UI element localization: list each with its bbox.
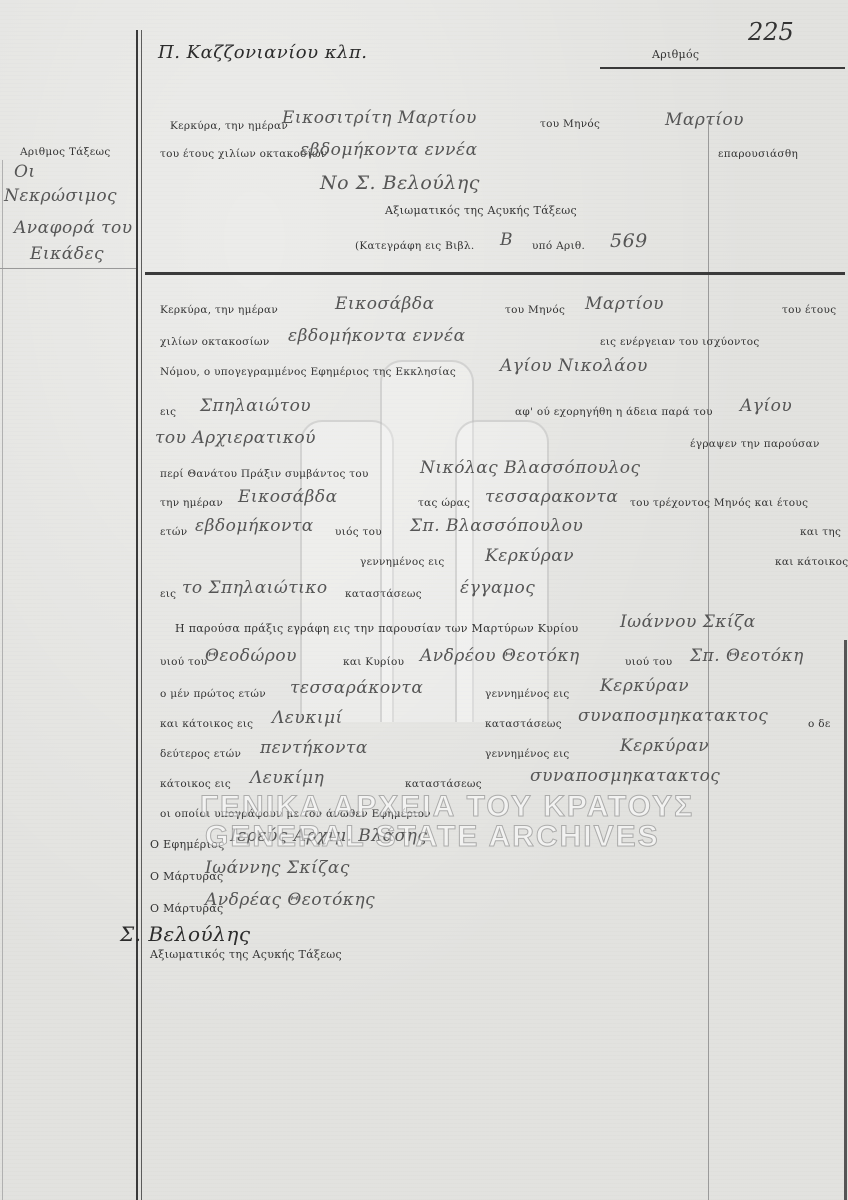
presentation-month: Μαρτίου (665, 110, 744, 130)
deceased-name: Νικόλας Βλασσόπουλος (420, 458, 641, 478)
section-divider (145, 272, 845, 275)
act-mother-label: και της (800, 526, 841, 538)
witness2-son-label: υιού του (625, 656, 672, 668)
witness2-age: πεντήκοντα (260, 738, 368, 758)
witness2-status-label: καταστάσεως (405, 778, 482, 790)
number-underline (600, 67, 845, 69)
act-day: Εικοσάβδα (335, 294, 435, 314)
margin-handwritten-4: Εικάδες (30, 244, 104, 264)
act-hour: τεσσαρακοντα (485, 487, 618, 507)
act-permission-clause: αφ' ού εχορηγήθη η άδεια παρά του (515, 406, 713, 418)
left-border-outer (136, 30, 138, 1200)
witness2-birthplace: Κερκύραν (620, 736, 709, 756)
watermark-greek: ΓΕΝΙΚΑ ΑΡΧΕΙΑ ΤΟΥ ΚΡΑΤΟΥΣ (200, 790, 694, 824)
number-label: Αριθμός (652, 48, 699, 61)
registry-prefix: (Κατεγράφη εις Βιβλ. (355, 240, 474, 252)
act-law-clause: εις ενέργειαν του ισχύοντος (600, 336, 760, 348)
witness1-father: Θεοδώρου (205, 646, 297, 666)
act-month: Μαρτίου (585, 294, 664, 314)
act-place-prefix: εις (160, 406, 176, 418)
right-page-edge (844, 640, 847, 1200)
witness1-name: Ιωάννου Σκίζα (620, 612, 756, 632)
witness1-residence-label: και κάτοικος εις (160, 718, 253, 730)
act-authority: Αγίου (740, 396, 792, 416)
bleed-through-text (6, 290, 126, 450)
far-left-rule (2, 160, 3, 1200)
deceased-age: εβδομήκοντα (195, 516, 314, 536)
witness1-son-label: υιού του (160, 656, 207, 668)
header-handwritten-note: Π. Καζζονιανίου κλπ. (158, 42, 368, 63)
presentation-official-title: Αξιωματικός της Αςυκής Τάξεως (385, 204, 577, 217)
act-resident-label: και κάτοικος (775, 556, 848, 568)
witness2-born-label: γεννημένος εις (485, 748, 570, 760)
act-current-month-clause: του τρέχοντος Μηνός και έτους (630, 497, 808, 509)
deceased-status: έγγαμος (460, 578, 535, 598)
act-death-clause: περί Θανάτου Πράξιν συμβάντος του (160, 468, 369, 480)
act-son-label: υιός του (335, 526, 382, 538)
registry-book: Β (500, 230, 513, 250)
class-number-label: Αριθμος Τάξεως (20, 146, 111, 158)
margin-handwritten-3: Αναφορά του (14, 218, 133, 238)
presentation-month-label: του Μηνός (540, 118, 600, 130)
witness2-status: συναποσμηκατακτος (530, 766, 720, 786)
act-witnesses-clause: Η παρούσα πράξις εγράφη εις την παρουσία… (175, 622, 579, 635)
left-border-inner (141, 30, 142, 1200)
witness2-residence-label: κάτοικος εις (160, 778, 231, 790)
act-age-label: ετών (160, 526, 187, 538)
witness1-status: συναποσμηκατακτος (578, 706, 768, 726)
act-death-day-label: την ημέραν (160, 497, 223, 509)
witness1-age: τεσσαράκοντα (290, 678, 423, 698)
witness2-age-label: δεύτερος ετών (160, 748, 241, 760)
witness2-father: Σπ. Θεοτόκη (690, 646, 804, 666)
official-title: Αξιωματικός της Αςυκής Τάξεως (150, 948, 342, 961)
witness1-age-label: ο μέν πρώτος ετών (160, 688, 266, 700)
act-born-label: γεννημένος εις (360, 556, 445, 568)
witness1-status-label: καταστάσεως (485, 718, 562, 730)
presentation-day: Εικοσιτρίτη Μαρτίου (282, 108, 477, 128)
act-month-label: του Μηνός (505, 304, 565, 316)
act-status-label: καταστάσεως (345, 588, 422, 600)
witness1-born-label: γεννημένος εις (485, 688, 570, 700)
deceased-residence: το Σπηλαιώτικο (182, 578, 328, 598)
presentation-year: εβδομήκοντα εννέα (300, 140, 478, 160)
act-death-day: Εικοσάβδα (238, 487, 338, 507)
registry-number: 569 (610, 230, 648, 252)
witness1-residence: Λευκιμί (272, 708, 343, 728)
registry-number-label: υπό Αριθ. (532, 240, 585, 252)
act-date-prefix: Κερκύρα, την ημέραν (160, 304, 278, 316)
presentation-verb: επαρουσιάσθη (718, 148, 798, 160)
act-place: Σπηλαιώτου (200, 396, 311, 416)
witness2-and-label: και Κυρίου (343, 656, 404, 668)
act-priest-clause: Νόμου, ο υπογεγραμμένος Εφημέριος της Εκ… (160, 366, 456, 378)
witness2-name: Ανδρέου Θεοτόκη (420, 646, 580, 666)
margin-handwritten-2: Νεκρώσιμος (4, 186, 117, 206)
act-residence-prefix: εις (160, 588, 176, 600)
witness2-signature: Ανδρέας Θεοτόκης (205, 890, 375, 910)
margin-handwritten-1: Οι (14, 162, 36, 182)
margin-divider (0, 268, 136, 269)
act-wrote-clause: έγραψεν την παρούσαν (690, 438, 820, 450)
official-signature: Σ. Βελούλης (120, 922, 251, 946)
deceased-father: Σπ. Βλασσόπουλου (410, 516, 583, 536)
second-witness-label: ο δε (808, 718, 831, 730)
act-year-label: του έτους (782, 304, 836, 316)
act-church: Αγίου Νικολάου (500, 356, 648, 376)
presentation-signature: Νο Σ. Βελούλης (320, 172, 480, 194)
document-number: 225 (748, 18, 794, 46)
act-year: εβδομήκοντα εννέα (288, 326, 466, 346)
watermark-english: GENERAL STATE ARCHIVES (205, 820, 660, 854)
deceased-birthplace: Κερκύραν (485, 546, 574, 566)
act-authority-2: του Αρχιερατικού (155, 428, 316, 448)
act-hour-label: τας ώρας (418, 497, 470, 509)
act-year-prefix: χιλίων οκτακοσίων (160, 336, 270, 348)
witness1-signature: Ιωάννης Σκίζας (205, 858, 350, 878)
presentation-date-prefix: Κερκύρα, την ημέραν (170, 120, 288, 132)
witness1-birthplace: Κερκύραν (600, 676, 689, 696)
witness2-residence: Λευκίμη (250, 768, 324, 788)
